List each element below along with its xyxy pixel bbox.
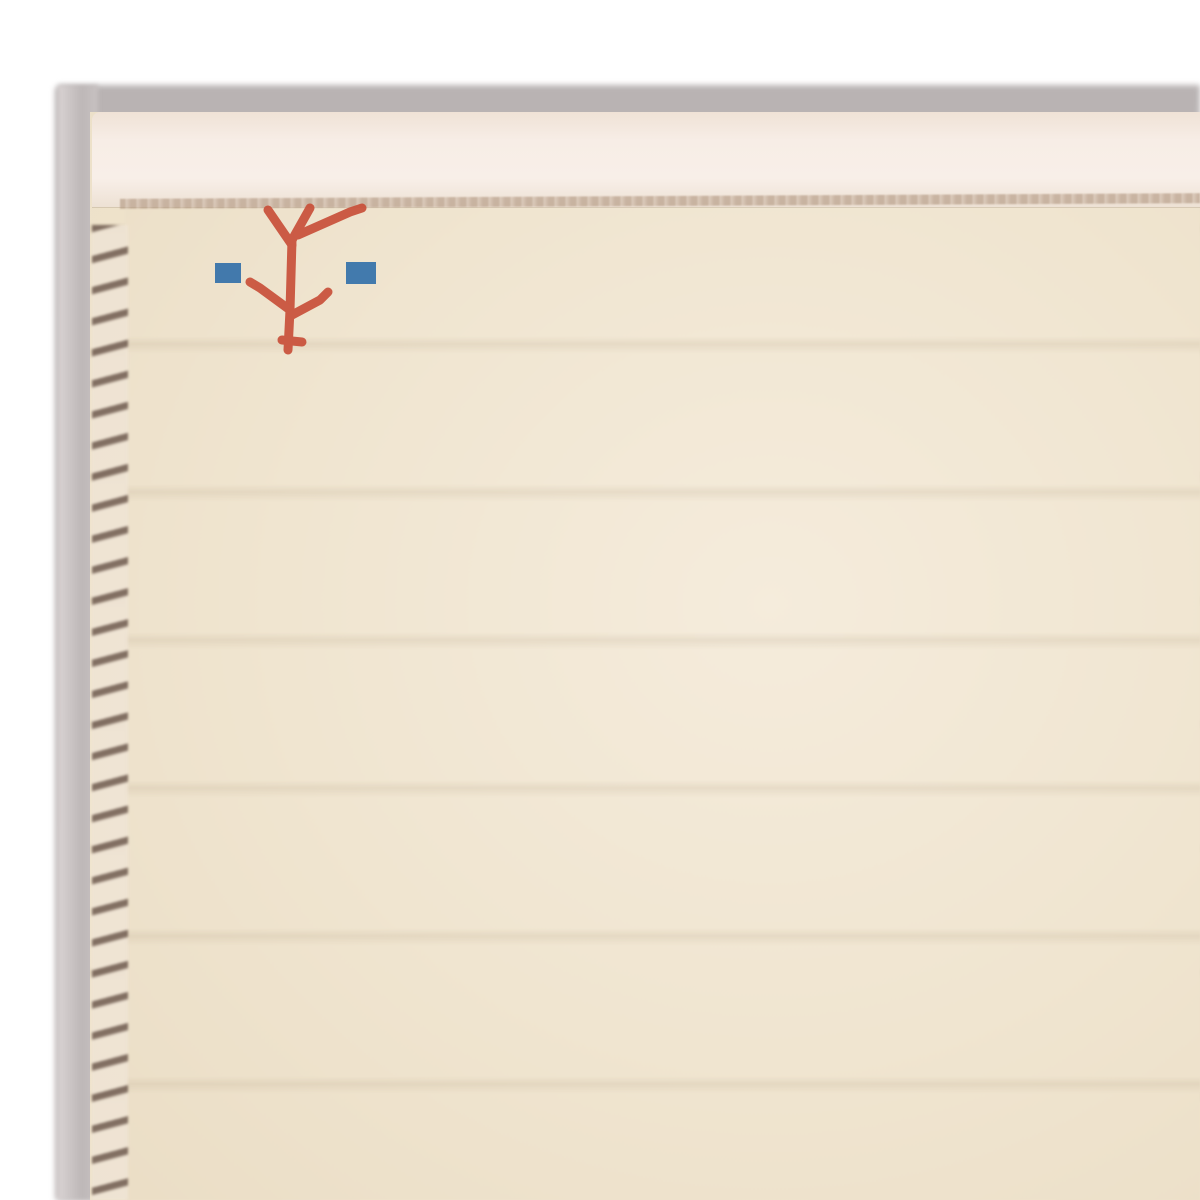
- rug-side-edge: [92, 225, 128, 1200]
- branch-motif-icon: [200, 190, 400, 370]
